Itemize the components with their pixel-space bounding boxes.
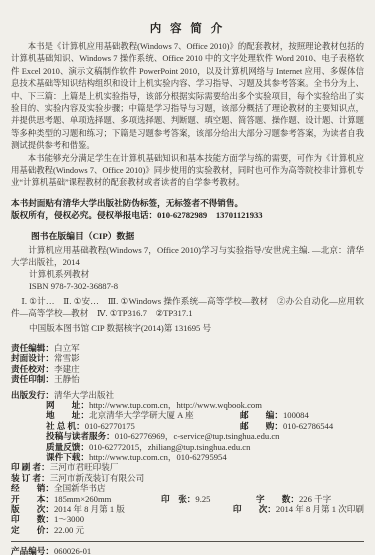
sheets-value: 9.25 <box>195 494 210 504</box>
anti-piracy-notice: 本书封面贴有清华大学出版社防伪标签，无标签者不得销售。 版权所有，侵权必究。侵权… <box>11 197 364 222</box>
book-copyright-page: 内 容 简 介 本书是《计算机应用基础教程(Windows 7、Office 2… <box>0 0 375 555</box>
zip-cell: 邮 编：100084 <box>240 410 309 420</box>
cip-heading: 图书在版编目（CIP）数据 <box>31 229 364 242</box>
printer-row: 印 刷 者：三河市君旺印装厂 <box>11 462 364 472</box>
cip-record-number: 中国版本图书馆 CIP 数据核字(2014)第 131695 号 <box>29 322 364 334</box>
quality-feedback-row: 质量反馈：010-62772015，zhiliang@tup.tsinghua.… <box>46 442 364 452</box>
courseware-row: 课件下载：http://www.tup.com.cn，010-62795954 <box>46 452 364 462</box>
word-count-label: 字 数： <box>256 494 299 504</box>
address-cell: 地 址：北京清华大学学研大厦 A 座 <box>46 410 240 420</box>
product-number-value: 060026-01 <box>54 546 91 555</box>
printer-label: 印 刷 者： <box>11 462 50 472</box>
zip-label: 邮 编： <box>240 410 283 420</box>
staff-label: 责任印制： <box>11 374 54 384</box>
format-label: 开 本： <box>11 494 54 504</box>
staff-label: 责任编辑： <box>11 343 54 353</box>
reader-service-value: 010-62776969，c-service@tup.tsinghua.edu.… <box>115 431 280 441</box>
distributor-value: 全国新华书店 <box>54 483 106 493</box>
divider-line <box>11 541 364 542</box>
mail-order-value: 010-62786544 <box>283 421 333 431</box>
staff-name: 常雪影 <box>54 353 80 363</box>
print-run-label: 印 数： <box>11 514 54 524</box>
binder-label: 装 订 者： <box>11 473 50 483</box>
staff-row-editor: 责任编辑：白立军 <box>11 343 364 353</box>
distributor-label: 经 销： <box>11 483 54 493</box>
edition-cell: 版 次：2014 年 8 月第 1 版 <box>11 504 233 514</box>
cip-series: 计算机系列教材 <box>29 268 364 280</box>
page-title: 内 容 简 介 <box>11 20 364 36</box>
website-row: 网 址：http://www.tup.com.cn，http://www.wqb… <box>46 400 364 410</box>
notice-line-sticker: 本书封面贴有清华大学出版社防伪标签，无标签者不得销售。 <box>11 197 364 210</box>
mail-order-cell: 邮 购：010-62786544 <box>240 421 333 431</box>
address-label: 地 址： <box>46 410 89 420</box>
staff-label: 封面设计： <box>11 353 54 363</box>
switchboard-cell: 社 总 机：010-62770175 <box>46 421 240 431</box>
website-label: 网 址： <box>46 400 89 410</box>
price-label: 定 价： <box>11 525 54 535</box>
switchboard-value: 010-62770175 <box>85 421 135 431</box>
staff-credits: 责任编辑：白立军 封面设计：常雪影 责任校对：李建庄 责任印制：王静怡 <box>11 343 364 385</box>
zip-value: 100084 <box>283 410 309 420</box>
print-run-row: 印 数：1～3000 <box>11 514 364 524</box>
cip-classification: Ⅰ. ①计… Ⅱ. ①安… Ⅲ. ①Windows 操作系统—高等学校—教材 ②… <box>11 295 364 319</box>
word-count-cell: 字 数：226 千字 <box>256 494 331 504</box>
quality-feedback-label: 质量反馈： <box>46 442 89 452</box>
summary-paragraph-2: 本书能够充分满足学生在计算机基础知识和基本技能方面学与练的需要，可作为《计算机应… <box>11 153 364 190</box>
print-run-value: 1～3000 <box>54 514 84 524</box>
cip-block: 图书在版编目（CIP）数据 计算机应用基础教程(Windows 7，Office… <box>11 229 364 334</box>
product-number-label: 产品编号： <box>11 546 54 555</box>
website-value: http://www.tup.com.cn，http://www.wqbook.… <box>89 400 262 410</box>
staff-row-cover-design: 封面设计：常雪影 <box>11 353 364 363</box>
courseware-label: 课件下载： <box>46 452 89 462</box>
impression-label: 印 次： <box>233 504 276 514</box>
publisher-row: 出版发行：清华大学出版社 <box>11 390 364 400</box>
distributor-row: 经 销：全国新华书店 <box>11 483 364 493</box>
reader-service-row: 投稿与读者服务：010-62776969，c-service@tup.tsing… <box>46 431 364 441</box>
staff-name: 王静怡 <box>54 374 80 384</box>
format-cell: 开 本：185mm×260mm <box>11 494 161 504</box>
binder-value: 三河市新茂装订有限公司 <box>50 473 145 483</box>
staff-name: 李建庄 <box>54 364 80 374</box>
summary-paragraph-1: 本书是《计算机应用基础教程(Windows 7、Office 2010)》的配套… <box>11 41 364 153</box>
reader-service-label: 投稿与读者服务： <box>46 431 115 441</box>
edition-label: 版 次： <box>11 504 54 514</box>
courseware-value: http://www.tup.com.cn，010-62795954 <box>89 452 227 462</box>
binder-row: 装 订 者：三河市新茂装订有限公司 <box>11 473 364 483</box>
price-row: 定 价：22.00 元 <box>11 525 364 535</box>
format-value: 185mm×260mm <box>54 494 111 504</box>
quality-feedback-value: 010-62772015，zhiliang@tup.tsinghua.edu.c… <box>89 442 250 452</box>
switchboard-mailorder-row: 社 总 机：010-62770175 邮 购：010-62786544 <box>46 421 364 431</box>
staff-row-proofreader: 责任校对：李建庄 <box>11 364 364 374</box>
impression-cell: 印 次：2014 年 8 月第 1 次印刷 <box>233 504 364 514</box>
mail-order-label: 邮 购： <box>240 421 283 431</box>
cip-isbn: ISBN 978-7-302-36887-8 <box>29 280 364 292</box>
switchboard-label: 社 总 机： <box>46 421 85 431</box>
address-zip-row: 地 址：北京清华大学学研大厦 A 座 邮 编：100084 <box>46 410 364 420</box>
staff-row-print-supervisor: 责任印制：王静怡 <box>11 374 364 384</box>
publisher-label: 出版发行： <box>11 390 54 400</box>
address-value: 北京清华大学学研大厦 A 座 <box>89 410 194 420</box>
printer-value: 三河市君旺印装厂 <box>50 462 119 472</box>
sheets-cell: 印 张：9.25 <box>161 494 256 504</box>
impression-value: 2014 年 8 月第 1 次印刷 <box>276 504 364 514</box>
edition-impression-row: 版 次：2014 年 8 月第 1 版 印 次：2014 年 8 月第 1 次印… <box>11 504 364 514</box>
notice-line-copyright: 版权所有，侵权必究。侵权举报电话：010-62782989 1370112193… <box>11 209 364 222</box>
word-count-value: 226 千字 <box>299 494 331 504</box>
sheets-label: 印 张： <box>161 494 195 504</box>
product-number-row: 产品编号：060026-01 <box>11 545 364 555</box>
cip-entry: 计算机应用基础教程(Windows 7，Office 2010)学习与实验指导/… <box>11 244 364 268</box>
edition-value: 2014 年 8 月第 1 版 <box>54 504 125 514</box>
publisher-contact-block: 网 址：http://www.tup.com.cn，http://www.wqb… <box>11 400 364 462</box>
colophon: 出版发行：清华大学出版社 网 址：http://www.tup.com.cn，h… <box>11 390 364 536</box>
staff-label: 责任校对： <box>11 364 54 374</box>
format-sheets-wordcount-row: 开 本：185mm×260mm 印 张：9.25 字 数：226 千字 <box>11 494 364 504</box>
publisher-value: 清华大学出版社 <box>54 390 114 400</box>
price-value: 22.00 元 <box>54 525 84 535</box>
staff-name: 白立军 <box>54 343 80 353</box>
